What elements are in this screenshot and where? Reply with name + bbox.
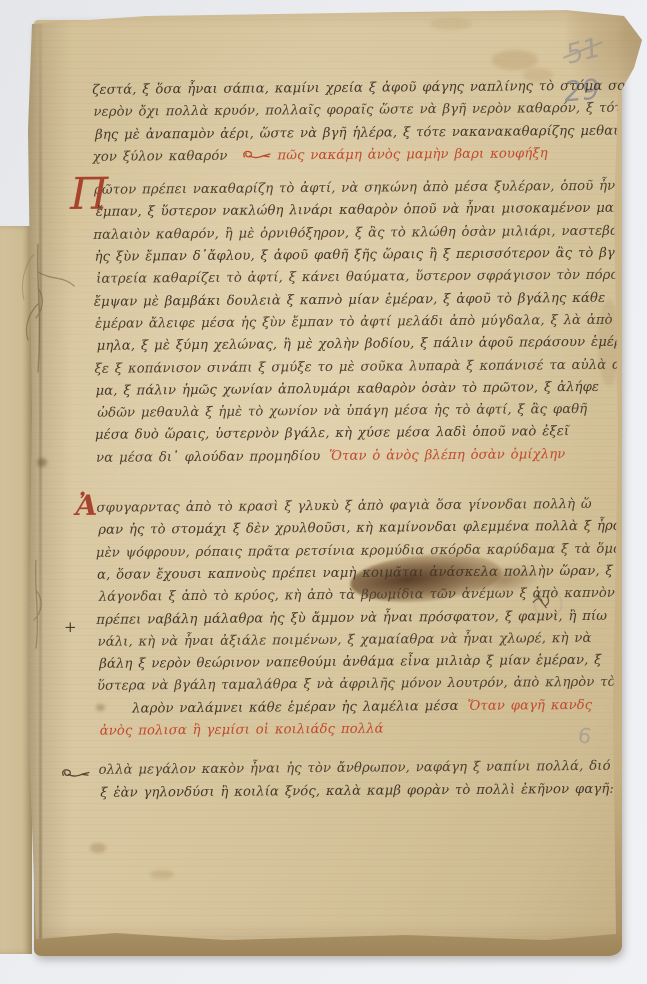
text-segment: ἠς ξὺν ἔμπαν δ᾽ἄφλου, ξ ἀφοῦ φαθῆ ξῆς ὥρ…	[94, 245, 647, 264]
margin-cross-mark: +	[64, 618, 77, 636]
text-segment: α, ὅσαν ἔχουσι καπνοὺς πρέπει ναμὴ κοιμᾶ…	[97, 563, 647, 582]
text-line: ὕστερα νὰ βγάλη ταμαλάθρα ξ νὰ ἀφριλῆς μ…	[97, 673, 555, 699]
text-line: μέσα δυὸ ὥραις, ὑστερνὸν βγάλε, κὴ χύσε …	[95, 422, 553, 448]
text-segment: ξ ἐὰν γηλονδύσι ἢ κοιλία ξνός, καλὰ καμβ…	[100, 781, 614, 800]
text-segment: ἀνὸς πολισα ἢ γεμίσι οἱ κοιλιάδς πολλά	[100, 722, 384, 739]
text-segment: ὕστερα νὰ βγάλη ταμαλάθρα ξ νὰ ἀφριλῆς μ…	[97, 675, 616, 694]
text-segment: ἔμπαν, ξ ὕστερον νακλώθη λινάρι καθαρὸν …	[96, 201, 640, 220]
text-line: ἔμψαν μὲ βαμβάκι δουλειὰ ξ καπνὸ μίαν ἑμ…	[94, 288, 552, 314]
text-segment: νάλι, κὴ νὰ ἦναι ἀξιάλε ποιμένων, ξ χαμα…	[98, 631, 592, 650]
text-segment: πρέπει ναβάλη μάλαθρα ἠς ξὺ ἄμμον νὰ ἦνα…	[96, 608, 607, 627]
inline-manicule	[241, 148, 271, 163]
text-segment: παλαιὸν καθαρόν, ἢ μὲ ὀρνιθόξηρον, ξ ἂς …	[93, 223, 647, 243]
manuscript-page: 51 29 6 + ζεστά, ξ ὅσα ἦναι σάπια, καμίν…	[26, 10, 646, 944]
text-segment: μα, ξ πάλιν ἡμῶς χωνίαν ἀπολυμάρι καθαρὸ…	[96, 380, 600, 399]
text-paragraph: Ἀσφυγαρντας ἀπὸ τὸ κρασὶ ξ γλυκὺ ξ ἀπὸ φ…	[96, 494, 556, 743]
text-segment: ρῶτον πρέπει νακαθαρίζη τὸ ἀφτί, νὰ σηκώ…	[94, 179, 647, 198]
manicule-icon	[61, 767, 91, 780]
drop-cap-initial: Ἀ	[75, 492, 97, 520]
text-segment: λάγονδαι ξ ἀπὸ τὸ κρύος, κὴ ἀπὸ τὰ βρωμί…	[99, 585, 647, 605]
text-line: ξε ξ κοπάνισον σινάπι ξ σμύξε το μὲ σοῦκ…	[94, 355, 552, 381]
text-line: ἀνὸς πολισα ἢ γεμίσι οἱ κοιλιάδς πολλά	[100, 717, 558, 743]
text-segment: ραν ἠς τὸ στομάχι ξ δὲν χρυλθοῦσι, κὴ κα…	[98, 519, 647, 538]
text-segment: Ὅταν ὁ ἀνὸς βλέπη ὁσὰν ὁμίχλην	[329, 447, 565, 464]
text-line: ξ ἐὰν γηλονδύσι ἢ κοιλία ξνός, καλὰ καμβ…	[100, 779, 558, 805]
text-paragraph: Πρῶτον πρέπει νακαθαρίζη τὸ ἀφτί, νὰ σηκ…	[94, 176, 554, 469]
text-segment: πῶς νακάμη ἀνὸς μαμὴν βαρι κουφήξη	[277, 146, 547, 163]
text-line: ζεστά, ξ ὅσα ἦναι σάπια, καμίνι χρεία ξ …	[92, 76, 550, 102]
text-segment: Ὅταν φαγῆ κανδς	[468, 698, 593, 714]
margin-manicule	[61, 764, 91, 787]
text-segment: ἰατρεία καθαρίζει τὸ ἀφτί, ξ κάνει θαύμα…	[96, 268, 647, 287]
text-segment: ἑμέραν ἄλειφε μέσα ἠς ξὺν ἔμπαν τὸ ἀφτί …	[95, 312, 647, 331]
text-line: χον ξύλον καθαρόνπῶς νακάμη ἀνὸς μαμὴν β…	[93, 143, 551, 169]
paper-stain	[492, 50, 538, 70]
text-block: ζεστά, ξ ὅσα ἦναι σάπια, καμίνι χρεία ξ …	[93, 76, 557, 804]
text-segment: λαρὸν ναλάμνει κάθε ἑμέραν ἠς λαμέλια μέ…	[132, 699, 459, 717]
text-segment: ἔμψαν μὲ βαμβάκι δουλειὰ ξ καπνὸ μίαν ἑμ…	[94, 290, 605, 309]
photo-background: { "photo": { "background_color": "#eceef…	[0, 0, 647, 984]
text-segment: μηλα, ξ μὲ ξύμη χελώνας, ἢ μὲ χολὴν βοδί…	[97, 335, 647, 354]
text-segment: μὲν ψόφρουν, ρόπαις πρᾶτα ρετσίνια κρομύ…	[96, 541, 627, 560]
text-segment: βης μὲ ἀναπαμὸν ἀέρι, ὥστε νὰ βγῆ ἡλέρα,…	[95, 123, 647, 143]
text-segment: νερὸν ὄχι πολλὰ κρυόν, πολλαῖς φοραῖς ὥσ…	[93, 100, 647, 120]
text-segment: μέσα δυὸ ὥραις, ὑστερνὸν βγάλε, κὴ χύσε …	[95, 425, 569, 444]
paper-stain	[37, 458, 47, 467]
text-segment: σφυγαρντας ἀπὸ τὸ κρασὶ ξ γλυκὺ ξ ἀπὸ φα…	[96, 497, 591, 516]
text-segment: ὠδῶν μεθαυλὰ ξ ἡμὲ τὸ χωνίον νὰ ὑπάγη μέ…	[97, 402, 587, 421]
paper-stain	[430, 18, 472, 30]
adjacent-page-edge	[0, 226, 32, 954]
text-line: παλαιὸν καθαρόν, ἢ μὲ ὀρνιθόξηρον, ξ ἂς …	[93, 221, 551, 247]
text-segment: ξε ξ κοπάνισον σινάπι ξ σμύξε το μὲ σοῦκ…	[94, 357, 646, 376]
pencil-margin-number: 6	[576, 723, 593, 749]
text-paragraph: ολλὰ μεγάλον κακὸν ἦναι ἠς τὸν ἄνθρωπον,…	[99, 757, 557, 805]
text-paragraph: ζεστά, ξ ὅσα ἦναι σάπια, καμίνι χρεία ξ …	[93, 76, 552, 169]
text-line: να μέσα δι᾽ φλούδαν προμηδίουὍταν ὁ ἀνὸς…	[96, 444, 554, 470]
text-line: πρέπει ναβάλη μάλαθρα ἠς ξὺ ἄμμον νὰ ἦνα…	[96, 606, 554, 632]
manicule-icon	[241, 148, 271, 161]
text-segment: βάλη ξ νερὸν θεώρινον ναπεθούμι ἀνθάμα ε…	[99, 653, 601, 672]
paper-stain	[150, 870, 174, 879]
paper-stain	[90, 843, 106, 853]
text-segment: χον ξύλον καθαρόν	[93, 149, 228, 165]
text-line: μὲν ψόφρουν, ρόπαις πρᾶτα ρετσίνια κρομύ…	[96, 539, 554, 565]
text-segment: να μέσα δι᾽ φλούδαν προμηδίου	[96, 449, 320, 466]
gutter-crease	[39, 10, 42, 944]
text-segment: ολλὰ μεγάλον κακὸν ἦναι ἠς τὸν ἄνθρωπον,…	[99, 759, 611, 778]
